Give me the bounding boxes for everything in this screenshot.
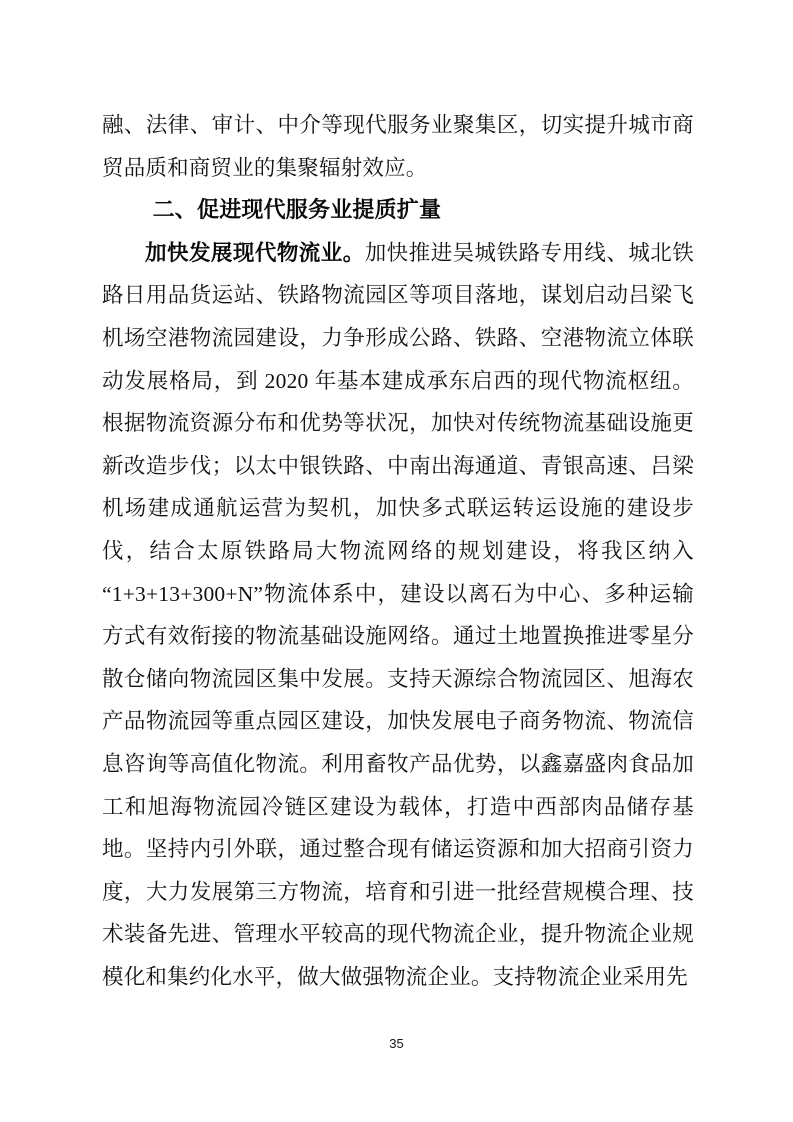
document-text-block: 融、法律、审计、中介等现代服务业聚集区，切实提升城市商贸品质和商贸业的集聚辐射效… bbox=[102, 104, 694, 998]
paragraph-body-text: 加快推进吴城铁路专用线、城北铁路日用品货运站、铁路物流园区等项目落地，谋划启动吕… bbox=[102, 241, 694, 989]
page-number: 35 bbox=[0, 1036, 793, 1051]
carryover-paragraph: 融、法律、审计、中介等现代服务业聚集区，切实提升城市商贸品质和商贸业的集聚辐射效… bbox=[102, 104, 694, 189]
paragraph-lead: 加快发展现代物流业。 bbox=[145, 241, 365, 265]
logistics-paragraph: 加快发展现代物流业。加快推进吴城铁路专用线、城北铁路日用品货运站、铁路物流园区等… bbox=[102, 232, 694, 999]
section-heading: 二、促进现代服务业提质扩量 bbox=[102, 189, 694, 232]
document-page: 融、法律、审计、中介等现代服务业聚集区，切实提升城市商贸品质和商贸业的集聚辐射效… bbox=[0, 0, 793, 1122]
